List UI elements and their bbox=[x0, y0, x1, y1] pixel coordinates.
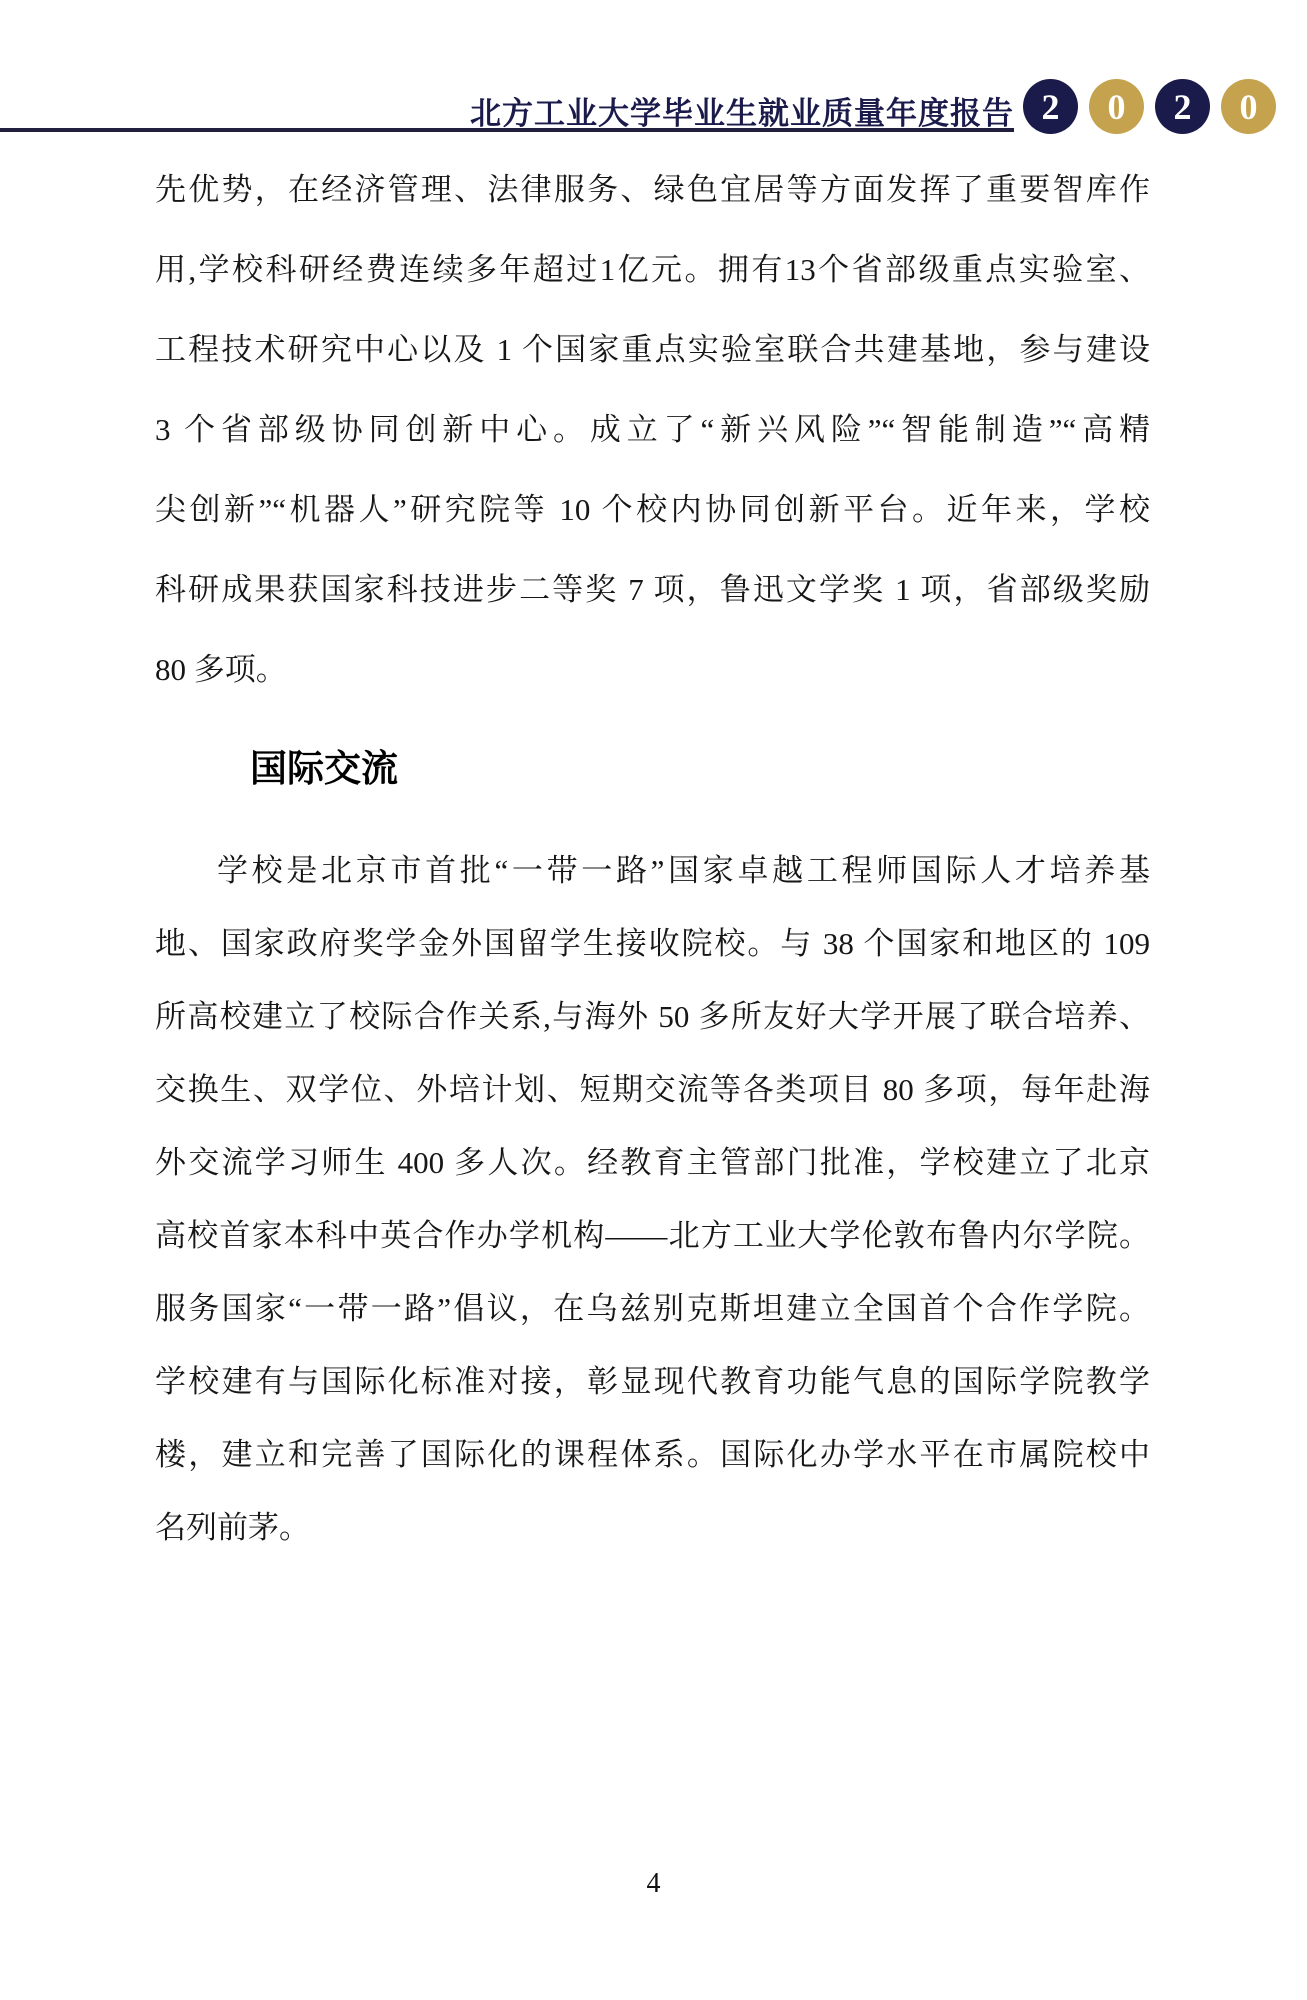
paragraph-research-continued: 先优势，在经济管理、法律服务、绿色宜居等方面发挥了重要智库作用,学校科研经费连续… bbox=[155, 150, 1150, 710]
text-line: 外交流学习师生 400 多人次。经教育主管部门批准，学校建立了北京 bbox=[155, 1126, 1150, 1199]
section-heading-international-exchange: 国际交流 bbox=[250, 742, 1150, 796]
header-rule bbox=[0, 128, 1014, 132]
text-line: 服务国家“一带一路”倡议，在乌兹别克斯坦建立全国首个合作学院。 bbox=[155, 1272, 1150, 1345]
year-2020-badge: 2 0 2 0 bbox=[1023, 79, 1276, 134]
text-line: 3 个省部级协同创新中心。成立了“新兴风险”“智能制造”“高精 bbox=[155, 390, 1150, 470]
text-line: 先优势，在经济管理、法律服务、绿色宜居等方面发挥了重要智库作 bbox=[155, 150, 1150, 230]
text-line: 学校是北京市首批“一带一路”国家卓越工程师国际人才培养基 bbox=[155, 834, 1150, 907]
year-digit-circle: 2 bbox=[1023, 79, 1078, 134]
text-line: 名列前茅。 bbox=[155, 1491, 1150, 1564]
text-line: 交换生、双学位、外培计划、短期交流等各类项目 80 多项，每年赴海 bbox=[155, 1053, 1150, 1126]
year-digit-circle: 0 bbox=[1221, 79, 1276, 134]
text-line: 学校建有与国际化标准对接，彰显现代教育功能气息的国际学院教学 bbox=[155, 1345, 1150, 1418]
text-line: 尖创新”“机器人”研究院等 10 个校内协同创新平台。近年来，学校 bbox=[155, 470, 1150, 550]
year-digit-circle: 0 bbox=[1089, 79, 1144, 134]
text-line: 所高校建立了校际合作关系,与海外 50 多所友好大学开展了联合培养、 bbox=[155, 980, 1150, 1053]
paragraph-international-exchange: 学校是北京市首批“一带一路”国家卓越工程师国际人才培养基地、国家政府奖学金外国留… bbox=[155, 834, 1150, 1564]
report-title: 北方工业大学毕业生就业质量年度报告 bbox=[0, 88, 1014, 133]
page-content: 先优势，在经济管理、法律服务、绿色宜居等方面发挥了重要智库作用,学校科研经费连续… bbox=[155, 150, 1150, 1564]
text-line: 楼，建立和完善了国际化的课程体系。国际化办学水平在市属院校中 bbox=[155, 1418, 1150, 1491]
page-header: 北方工业大学毕业生就业质量年度报告 2 0 2 0 bbox=[0, 0, 1307, 140]
text-line: 80 多项。 bbox=[155, 630, 1150, 710]
text-line: 高校首家本科中英合作办学机构——北方工业大学伦敦布鲁内尔学院。 bbox=[155, 1199, 1150, 1272]
year-digit-circle: 2 bbox=[1155, 79, 1210, 134]
text-line: 用,学校科研经费连续多年超过1亿元。拥有13个省部级重点实验室、 bbox=[155, 230, 1150, 310]
text-line: 科研成果获国家科技进步二等奖 7 项，鲁迅文学奖 1 项，省部级奖励 bbox=[155, 550, 1150, 630]
text-line: 地、国家政府奖学金外国留学生接收院校。与 38 个国家和地区的 109 bbox=[155, 907, 1150, 980]
report-page: 北方工业大学毕业生就业质量年度报告 2 0 2 0 先优势，在经济管理、法律服务… bbox=[0, 0, 1307, 2000]
page-number: 4 bbox=[0, 1868, 1307, 1900]
text-line: 工程技术研究中心以及 1 个国家重点实验室联合共建基地，参与建设 bbox=[155, 310, 1150, 390]
